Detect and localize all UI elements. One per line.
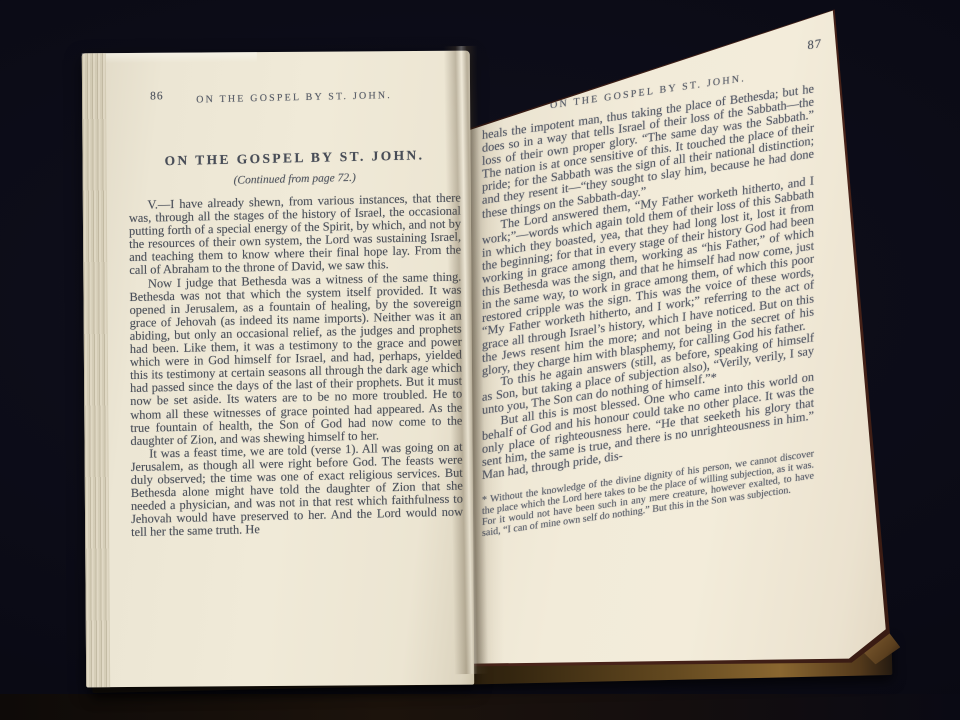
photo-background: 87 ON THE GOSPEL BY ST. JOHN. heals the … [0,0,960,720]
section-title: ON THE GOSPEL BY ST. JOHN. [128,147,460,171]
right-page-number: 87 [808,36,823,53]
left-page: 86 ON THE GOSPEL BY ST. JOHN. ON THE GOS… [82,51,474,688]
left-page-body: V.—I have already shewn, from various in… [129,192,463,540]
left-running-header: ON THE GOSPEL BY ST. JOHN. [196,90,392,105]
table-surface [0,694,960,720]
right-page-content: 87 ON THE GOSPEL BY ST. JOHN. heals the … [482,63,814,539]
right-page-body: heals the impotent man, thus taking the … [482,82,814,482]
left-paragraph-3: It was a feast time, we are told (verse … [131,440,464,539]
right-page: 87 ON THE GOSPEL BY ST. JOHN. heals the … [440,4,900,672]
left-running-header-row: 86 ON THE GOSPEL BY ST. JOHN. [128,84,460,106]
left-paragraph-1: V.—I have already shewn, from various in… [129,192,462,278]
page-edges-left [82,53,110,687]
left-paragraph-2: Now I judge that Bethesda was a witness … [129,270,462,448]
continuation-note: (Continued from page 72.) [129,170,461,190]
left-page-number: 86 [150,90,164,102]
left-page-content: 86 ON THE GOSPEL BY ST. JOHN. ON THE GOS… [128,84,463,540]
